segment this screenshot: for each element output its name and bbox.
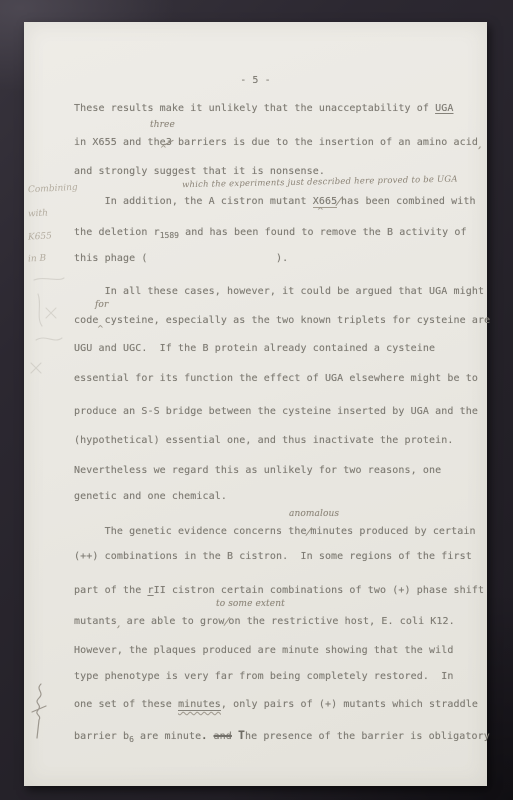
handwritten-comma: , — [478, 138, 482, 151]
typed-line: part of the rII cistron certain combinat… — [74, 584, 484, 597]
typed-line: However, the plaques produced are minute… — [74, 644, 453, 657]
typed-text: he presence of the barrier is obligatory — [245, 731, 490, 742]
typed-text: These results make it unlikely that the … — [74, 103, 435, 114]
typed-line: genetic and one chemical. — [74, 490, 227, 503]
typed-text: In addition, the A cistron mutant — [74, 196, 313, 207]
caret-mark: ^ — [97, 322, 104, 335]
typed-text: are able to grow — [120, 616, 224, 627]
faint-pencil-marks — [28, 274, 70, 366]
typed-text: has been combined with — [341, 196, 476, 207]
handwritten-to-some-extent: to some extent — [216, 599, 285, 609]
typed-text: are minute — [134, 731, 201, 742]
typed-line: and strongly suggest that it is nonsense… — [74, 165, 325, 178]
wavy-underlined-minutes: minutes — [178, 699, 221, 711]
handwritten-three: three — [150, 120, 175, 130]
margin-note-line: with — [28, 208, 48, 219]
subscript-1589: 1589 — [160, 231, 179, 240]
typed-line: The genetic evidence concerns the/minute… — [74, 524, 476, 537]
page-number: - 5 - — [24, 74, 487, 87]
typed-line: mutants, are able to grow/on the restric… — [74, 614, 455, 627]
typed-text: and has been found to remove the B activ… — [179, 227, 467, 238]
typed-line: produce an S-S bridge between the cystei… — [74, 405, 478, 418]
handwritten-anomalous: anomalous — [289, 509, 339, 519]
handwritten-for: for — [95, 300, 108, 310]
typed-text: minutes produced by certain — [310, 526, 475, 537]
typed-text: in X655 and the — [74, 137, 166, 148]
typed-line: type phenotype is very far from being co… — [74, 670, 453, 683]
typed-line: Nevertheless we regard this as unlikely … — [74, 464, 441, 477]
caret-mark: ^ — [160, 142, 167, 155]
document-page: - 5 - These results make it unlikely tha… — [24, 22, 487, 786]
typed-text: code — [74, 315, 98, 326]
caret-mark: ^ — [317, 204, 324, 217]
typed-line: UGU and UGC. If the B protein already co… — [74, 342, 435, 355]
typed-text: The genetic evidence concerns the — [74, 526, 307, 537]
margin-note-line: K655 — [28, 231, 52, 242]
margin-note-line: in B — [28, 254, 47, 265]
underlined-uga: UGA — [435, 103, 453, 114]
typed-text: cysteine, especially as the two known tr… — [98, 315, 490, 326]
typed-line: These results make it unlikely that the … — [74, 102, 454, 115]
hand-capitalized-t: T — [238, 728, 245, 742]
typed-text: part of the — [74, 585, 147, 596]
typed-text: barriers is due to the insertion of an a… — [172, 137, 478, 148]
typed-text: one set of these — [74, 699, 178, 710]
typed-line: (++) combinations in the B cistron. In s… — [74, 550, 472, 563]
typed-line: in X655 and the3 barriers is due to the … — [74, 135, 482, 148]
margin-note-line: Combining — [28, 183, 78, 196]
typed-text: mutants — [74, 616, 117, 627]
handwritten-comma: , — [117, 617, 121, 630]
typed-text: on the restrictive host, E. coli K12. — [228, 616, 454, 627]
typed-line: one set of these minutes, only pairs of … — [74, 698, 478, 711]
typed-line: this phage ( ). — [74, 252, 288, 265]
typed-text: barrier b — [74, 731, 129, 742]
faint-pencil-cross — [28, 360, 44, 376]
typed-line: essential for its function the effect of… — [74, 372, 478, 385]
typed-text: II cistron certain combinations of two (… — [154, 585, 485, 596]
typed-text: the deletion r — [74, 227, 160, 238]
typed-line: the deletion r1589 and has been found to… — [74, 226, 467, 239]
pencil-edit-mark — [29, 682, 49, 740]
photograph-background: - 5 - These results make it unlikely tha… — [0, 0, 513, 800]
typed-text: , only pairs of (+) mutants which stradd… — [221, 699, 478, 710]
struck-and: and — [214, 731, 232, 742]
typed-line: In all these cases, however, it could be… — [74, 285, 484, 298]
typed-line: barrier b6 are minute. and The presence … — [74, 729, 490, 742]
typed-line: In addition, the A cistron mutant X665/h… — [74, 194, 476, 207]
typed-line: code cysteine, especially as the two kno… — [74, 314, 490, 327]
typed-line: (hypothetical) essential one, and thus i… — [74, 434, 453, 447]
